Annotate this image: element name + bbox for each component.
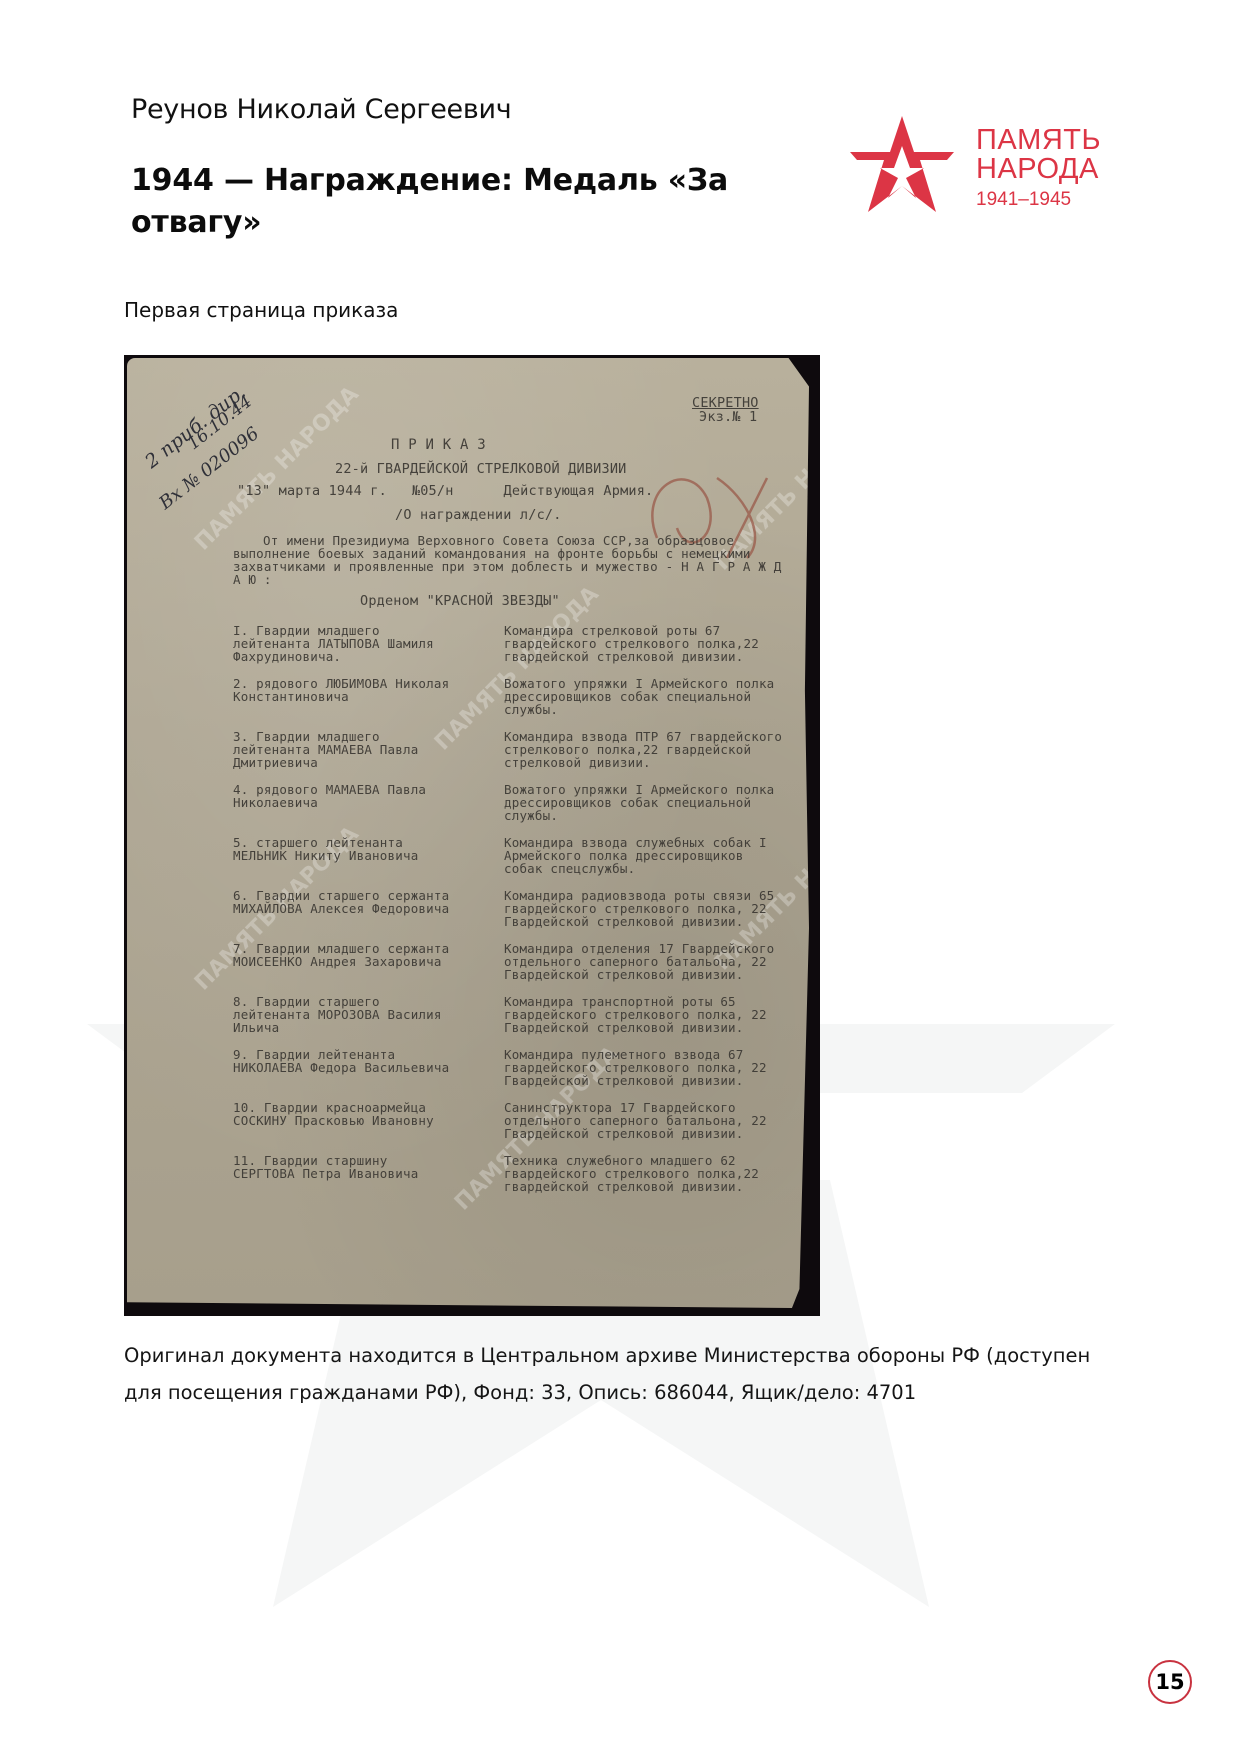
- entry-position: Вожатого упряжки I Армейского полка дрес…: [504, 783, 774, 822]
- entry-position: Техника служебного младшего 62 гвардейск…: [504, 1154, 759, 1193]
- entry-position: Командира пулеметного взвода 67 гвардейс…: [504, 1048, 767, 1087]
- entry-name: 2. рядового ЛЮБИМОВА Николая Константино…: [233, 677, 449, 703]
- entry-position: Командира взвода служебных собак I Армей…: [504, 836, 767, 875]
- entry-position: Командира транспортной роты 65 гвардейск…: [504, 995, 767, 1034]
- logo-line-2: НАРОДА: [976, 155, 1101, 184]
- copy-number: Экз.№ 1: [699, 410, 757, 425]
- entry-position: Командира взвода ПТР 67 гвардейского стр…: [504, 730, 782, 769]
- document-date-line: "13" марта 1944 г. №05/н Действующая Арм…: [237, 484, 653, 499]
- entry-position: Командира стрелковой роты 67 гвардейског…: [504, 624, 759, 663]
- document-unit: 22-й ГВАРДЕЙСКОЙ СТРЕЛКОВОЙ ДИВИЗИИ: [335, 462, 626, 477]
- entry-name: I. Гвардии младшего лейтенанта ЛАТЫПОВА …: [233, 624, 434, 663]
- document-preamble: От имени Президиума Верховного Совета Со…: [233, 534, 793, 586]
- entry-name: 4. рядового МАМАЕВА Павла Николаевича: [233, 783, 426, 809]
- scan-label: Первая страница приказа: [124, 298, 398, 322]
- entry-name: 7. Гвардии младшего сержанта МОИСЕЕНКО А…: [233, 942, 449, 968]
- entry-name: 6. Гвардии старшего сержанта МИХАЙЛОВА А…: [233, 889, 449, 915]
- entry-position: Вожатого упряжки I Армейского полка дрес…: [504, 677, 774, 716]
- document-paper: ПАМЯТЬ НАРОДА ПАМЯТЬ НАРОДА ПАМЯТЬ НАРОД…: [127, 358, 809, 1308]
- logo-years: 1941–1945: [976, 187, 1101, 213]
- order-heading: Орденом "КРАСНОЙ ЗВЕЗДЫ": [360, 594, 560, 609]
- archive-caption: Оригинал документа находится в Центральн…: [124, 1337, 1114, 1411]
- entry-name: 5. старшего лейтенанта МЕЛЬНИК Никиту Ив…: [233, 836, 418, 862]
- logo-line-1: ПАМЯТЬ: [976, 126, 1101, 155]
- entry-name: 10. Гвардии красноармейца СОСКИНУ Праско…: [233, 1101, 434, 1127]
- page-number: 15: [1148, 1660, 1192, 1704]
- award-title: 1944 — Награждение: Медаль «За отвагу»: [131, 160, 771, 244]
- entry-name: 11. Гвардии старшину СЕРГТОВА Петра Иван…: [233, 1154, 418, 1180]
- logo-text: ПАМЯТЬ НАРОДА 1941–1945: [976, 126, 1101, 213]
- entry-position: Командира отделения 17 Гвардейского отде…: [504, 942, 774, 981]
- red-star-icon: [850, 112, 956, 218]
- entry-name: 3. Гвардии младшего лейтенанта МАМАЕВА П…: [233, 730, 418, 769]
- logo: ПАМЯТЬ НАРОДА 1941–1945: [850, 112, 1130, 222]
- entry-name: 9. Гвардии лейтенанта НИКОЛАЕВА Федора В…: [233, 1048, 449, 1074]
- person-name: Реунов Николай Сергеевич: [131, 94, 511, 125]
- entry-name: 8. Гвардии старшего лейтенанта МОРОЗОВА …: [233, 995, 442, 1034]
- document-title: П Р И К А З: [391, 438, 486, 453]
- document-subject: /О награждении л/с/.: [395, 508, 562, 523]
- entry-position: Командира радиовзвода роты связи 65 гвар…: [504, 889, 774, 928]
- document-scan-image[interactable]: ПАМЯТЬ НАРОДА ПАМЯТЬ НАРОДА ПАМЯТЬ НАРОД…: [124, 355, 820, 1316]
- entry-position: Санинструктора 17 Гвардейского отдельног…: [504, 1101, 767, 1140]
